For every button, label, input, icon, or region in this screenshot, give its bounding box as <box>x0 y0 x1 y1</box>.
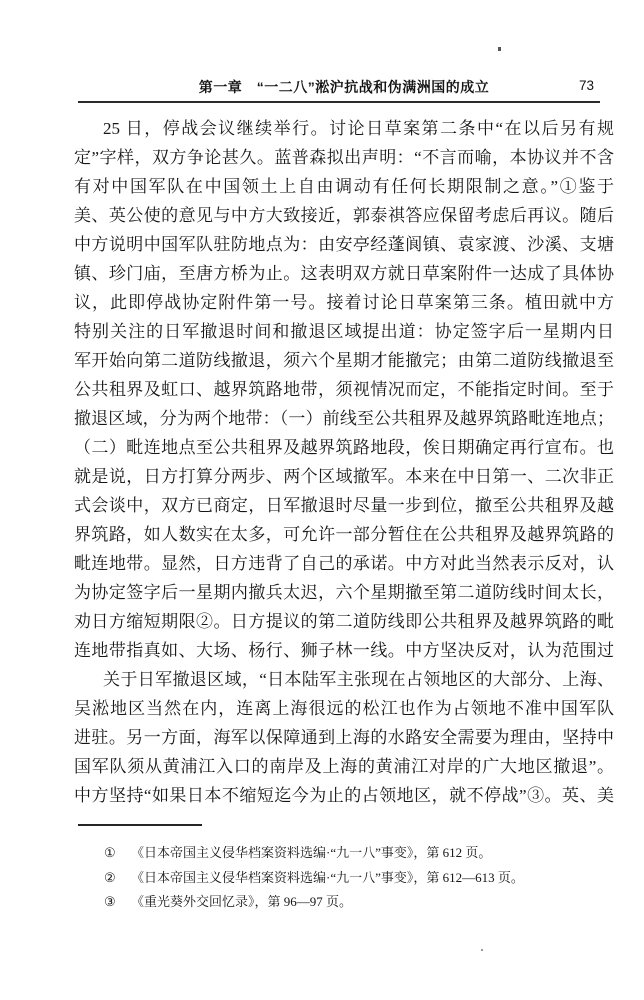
text-line: 劝日方缩短期限②。日方提议的第二道防线即公共租界及越界筑路的毗 <box>74 607 614 636</box>
book-page: 第一章 “一二八”淞沪抗战和伪满洲国的成立 73 25 日，停战会议继续举行。讨… <box>0 0 644 1000</box>
text-line: 为协定签字后一星期内撤兵太迟，六个星期撤至第二道防线时间太长， <box>74 578 614 607</box>
footnote-item: ③ 《重光葵外交回忆录》，第 96—97 页。 <box>74 890 620 915</box>
text-line: 就是说，日方打算分两步、两个区域撤军。本来在中日第一、二次非正 <box>74 462 614 491</box>
text-line: 撤退区域，分为两个地带：（一）前线至公共租界及越界筑路毗连地点； <box>74 404 614 433</box>
text-line: 中方说明中国军队驻防地点为：由安亭经蓬阆镇、袁家渡、沙溪、支塘 <box>74 230 614 259</box>
text-line: 式会谈中，双方已商定，日军撤退时尽量一步到位，撤至公共租界及越 <box>74 491 614 520</box>
text-line: 中方坚持“如果日本不缩短迄今为止的占领地区，就不停战”③。英、美 <box>74 781 614 810</box>
scan-speck <box>481 949 483 951</box>
footnote-text: 《日本帝国主义侵华档案资料选编·“九一八”事变》，第 612—613 页。 <box>120 866 620 891</box>
footnote-marker: ② <box>104 866 120 891</box>
footnote-item: ② 《日本帝国主义侵华档案资料选编·“九一八”事变》，第 612—613 页。 <box>74 866 620 891</box>
header-rule <box>78 101 600 103</box>
text-line: 毗连地带。显然，日方违背了自己的承诺。中方对此当然表示反对，认 <box>74 549 614 578</box>
text-line: 吴淞地区当然在内，连离上海很远的松江也作为占领地不准中国军队 <box>74 694 614 723</box>
footnote-list: ① 《日本帝国主义侵华档案资料选编·“九一八”事变》，第 612 页。 ② 《日… <box>74 841 620 915</box>
text-line: 25 日，停战会议继续举行。讨论日草案第二条中“在以后另有规 <box>74 114 614 143</box>
scan-speck <box>498 47 501 51</box>
text-line: 定”字样，双方争论甚久。蓝普森拟出声明：“不言而喻，本协议并不含 <box>74 143 614 172</box>
text-line: 界筑路，如人数实在太多，可允许一部分暂住在公共租界及越界筑路的 <box>74 520 614 549</box>
text-line: 美、英公使的意见与中方大致接近，郭泰祺答应保留考虑后再议。随后 <box>74 201 614 230</box>
text-line: 公共租界及虹口、越界筑路地带，须视情况而定，不能指定时间。至于 <box>74 375 614 404</box>
text-line: 国军队须从黄浦江入口的南岸及上海的黄浦江对岸的广大地区撤退”。 <box>74 752 614 781</box>
text-line: （二）毗连地点至公共租界及越界筑路地段，俟日期确定再行宣布。也 <box>74 433 614 462</box>
footnote-separator <box>78 824 202 826</box>
page-number: 73 <box>579 78 594 93</box>
text-line: 军开始向第二道防线撤退，须六个星期才能撤完；由第二道防线撤退至 <box>74 346 614 375</box>
text-line: 有对中国军队在中国领土上自由调动有任何长期限制之意。”①鉴于 <box>74 172 614 201</box>
text-line: 连地带指真如、大场、杨行、狮子林一线。中方坚决反对，认为范围过大。 <box>74 636 614 665</box>
text-line: 镇、珍门庙，至唐方桥为止。这表明双方就日草案附件一达成了具体协 <box>74 259 614 288</box>
body-text: 25 日，停战会议继续举行。讨论日草案第二条中“在以后另有规 定”字样，双方争论… <box>74 114 614 810</box>
chapter-title: 第一章 “一二八”淞沪抗战和伪满洲国的成立 <box>74 77 614 97</box>
footnote-text: 《重光葵外交回忆录》，第 96—97 页。 <box>120 890 620 915</box>
running-header: 第一章 “一二八”淞沪抗战和伪满洲国的成立 73 <box>74 77 614 97</box>
text-line: 进驻。另一方面，海军以保障通到上海的水路安全需要为理由，坚持中 <box>74 723 614 752</box>
footnote-item: ① 《日本帝国主义侵华档案资料选编·“九一八”事变》，第 612 页。 <box>74 841 620 866</box>
text-line: 关于日军撤退区域，“日本陆军主张现在占领地区的大部分、上海、 <box>74 665 614 694</box>
text-line: 特别关注的日军撤退时间和撤退区域提出道：协定签字后一星期内日 <box>74 317 614 346</box>
footnote-marker: ① <box>104 841 120 866</box>
text-line: 议，此即停战协定附件第一号。接着讨论日草案第三条。植田就中方 <box>74 288 614 317</box>
footnote-text: 《日本帝国主义侵华档案资料选编·“九一八”事变》，第 612 页。 <box>120 841 620 866</box>
footnote-marker: ③ <box>104 890 120 915</box>
